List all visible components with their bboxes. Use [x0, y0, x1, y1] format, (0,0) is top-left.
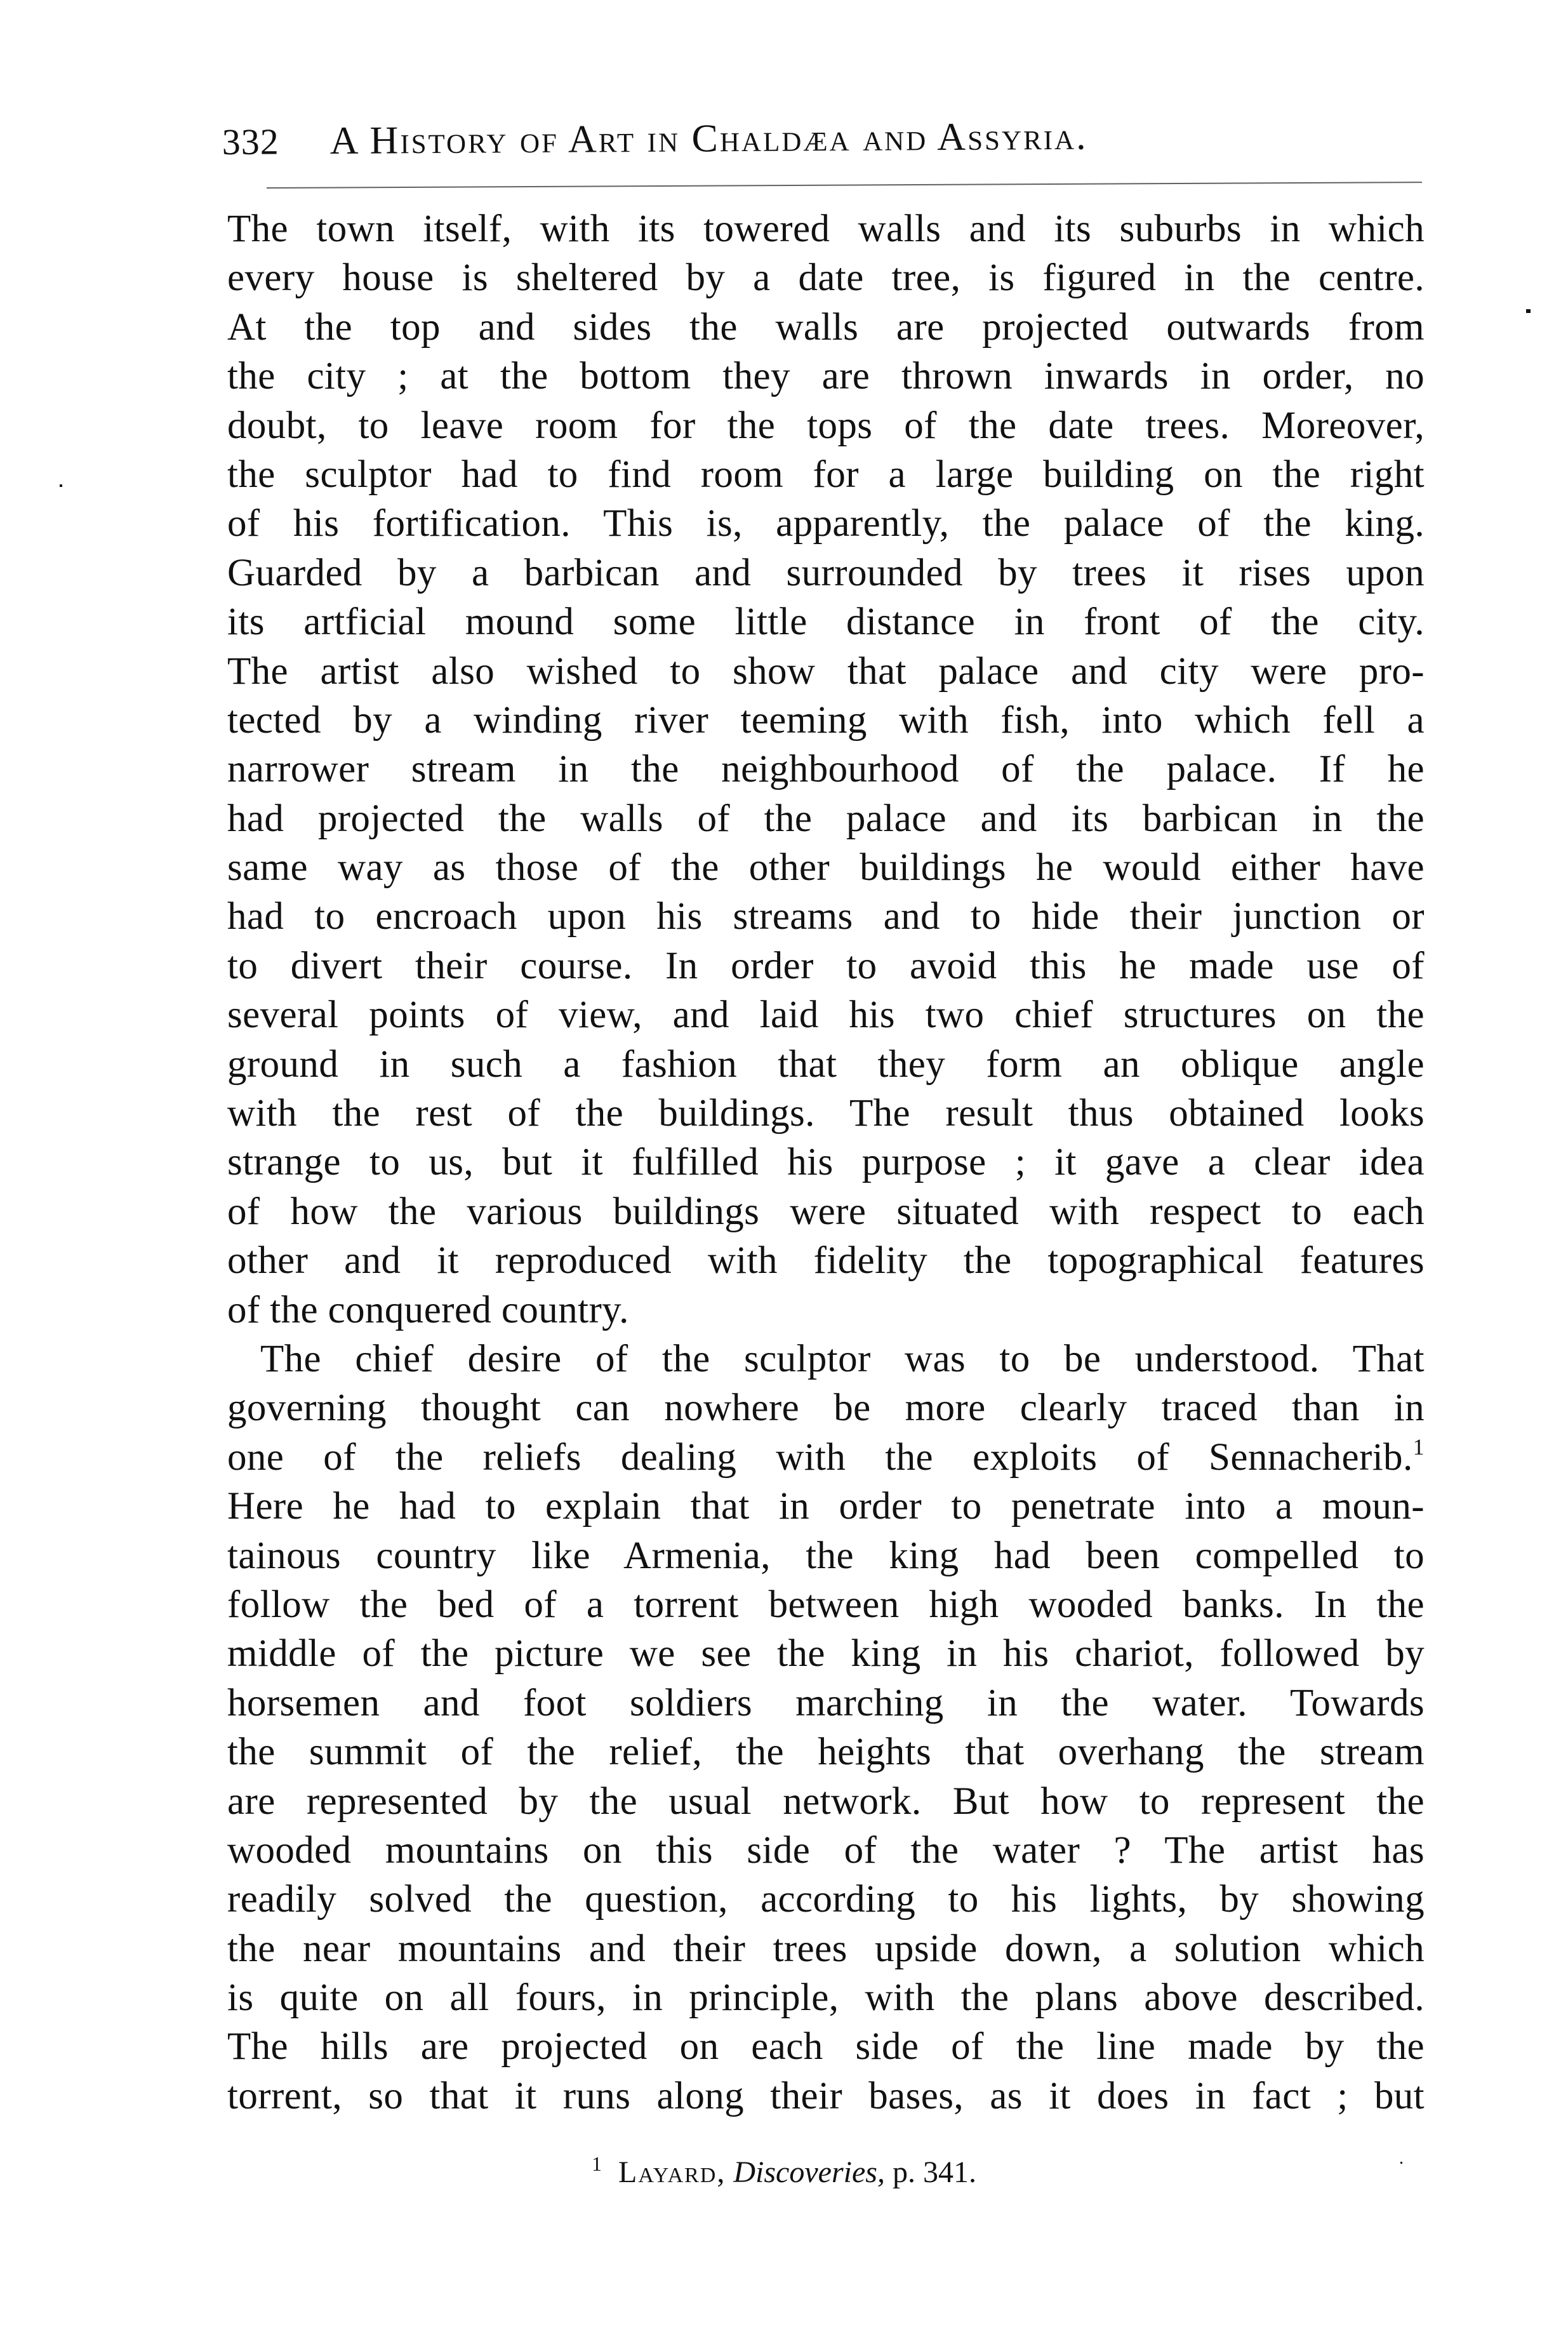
text-line: is quite on all fours, in principle, wit… — [227, 1973, 1425, 2022]
text-line-with-footnote: one of the reliefs dealing with the expl… — [227, 1433, 1425, 1482]
text-line: doubt, to leave room for the tops of the… — [227, 401, 1425, 450]
paragraph-1: The town itself, with its towered walls … — [227, 204, 1425, 1335]
scan-speck — [60, 484, 62, 487]
text-line: several points of view, and laid his two… — [227, 990, 1425, 1039]
text-line: of how the various buildings were situat… — [227, 1187, 1425, 1236]
footnote-work-title: Discoveries, — [733, 2155, 885, 2189]
text-line: At the top and sides the walls are proje… — [227, 303, 1425, 352]
book-page: 332 A History of Art in Chaldæa and Assy… — [0, 0, 1568, 2344]
running-title: A History of Art in Chaldæa and Assyria. — [330, 117, 1088, 161]
text-line: ground in such a fashion that they form … — [227, 1040, 1425, 1089]
text-line: the summit of the relief, the heights th… — [227, 1728, 1425, 1776]
scan-speck — [1400, 2162, 1402, 2164]
text-line: The artist also wished to show that pala… — [227, 647, 1425, 696]
text-line: wooded mountains on this side of the wat… — [227, 1826, 1425, 1875]
text-line-content: one of the reliefs dealing with the expl… — [227, 1436, 1413, 1479]
text-line: of the conquered country. — [227, 1286, 1425, 1335]
page-number: 332 — [222, 123, 279, 161]
text-line: to divert their course. In order to avoi… — [227, 942, 1425, 990]
footnote-author: Layard, — [618, 2155, 726, 2189]
footnote-reference[interactable]: 1 — [1413, 1434, 1425, 1460]
header-rule — [267, 182, 1422, 189]
text-line: with the rest of the buildings. The resu… — [227, 1089, 1425, 1138]
text-line: Guarded by a barbican and surrounded by … — [227, 549, 1425, 597]
text-line: Here he had to explain that in order to … — [227, 1482, 1425, 1531]
text-line: are represented by the usual network. Bu… — [227, 1777, 1425, 1826]
text-line: its artficial mound some little distance… — [227, 597, 1425, 646]
text-line: follow the bed of a torrent between high… — [227, 1580, 1425, 1629]
text-line: tainous country like Armenia, the king h… — [227, 1531, 1425, 1580]
text-line: tected by a winding river teeming with f… — [227, 696, 1425, 745]
text-line: same way as those of the other buildings… — [227, 843, 1425, 892]
text-line: horsemen and foot soldiers marching in t… — [227, 1679, 1425, 1728]
text-line: the near mountains and their trees upsid… — [227, 1924, 1425, 1973]
footnote-mark: 1 — [592, 2152, 602, 2175]
text-line: narrower stream in the neighbourhood of … — [227, 745, 1425, 794]
text-line: had to encroach upon his streams and to … — [227, 892, 1425, 941]
text-line: The hills are projected on each side of … — [227, 2022, 1425, 2071]
text-line: middle of the picture we see the king in… — [227, 1629, 1425, 1678]
footnote-page: p. 341. — [893, 2155, 976, 2189]
scan-speck — [1526, 309, 1531, 313]
text-line: the city ; at the bottom they are thrown… — [227, 352, 1425, 401]
text-line: of his fortification. This is, apparentl… — [227, 499, 1425, 548]
text-line: had projected the walls of the palace an… — [227, 794, 1425, 843]
body-text: The town itself, with its towered walls … — [227, 204, 1425, 2121]
text-line: The town itself, with its towered walls … — [227, 204, 1425, 253]
text-line: torrent, so that it runs along their bas… — [227, 2072, 1425, 2121]
running-head: 332 A History of Art in Chaldæa and Assy… — [222, 115, 1416, 173]
text-line: the sculptor had to find room for a larg… — [227, 450, 1425, 499]
text-line: every house is sheltered by a date tree,… — [227, 253, 1425, 302]
text-line: strange to us, but it fulfilled his purp… — [227, 1138, 1425, 1187]
text-line: readily solved the question, according t… — [227, 1875, 1425, 1924]
text-line: governing thought can nowhere be more cl… — [227, 1383, 1425, 1432]
paragraph-2: The chief desire of the sculptor was to … — [227, 1335, 1425, 2121]
text-line: The chief desire of the sculptor was to … — [227, 1335, 1425, 1383]
footnote: 1 Layard, Discoveries, p. 341. — [0, 2145, 1568, 2192]
text-line: other and it reproduced with fidelity th… — [227, 1236, 1425, 1285]
